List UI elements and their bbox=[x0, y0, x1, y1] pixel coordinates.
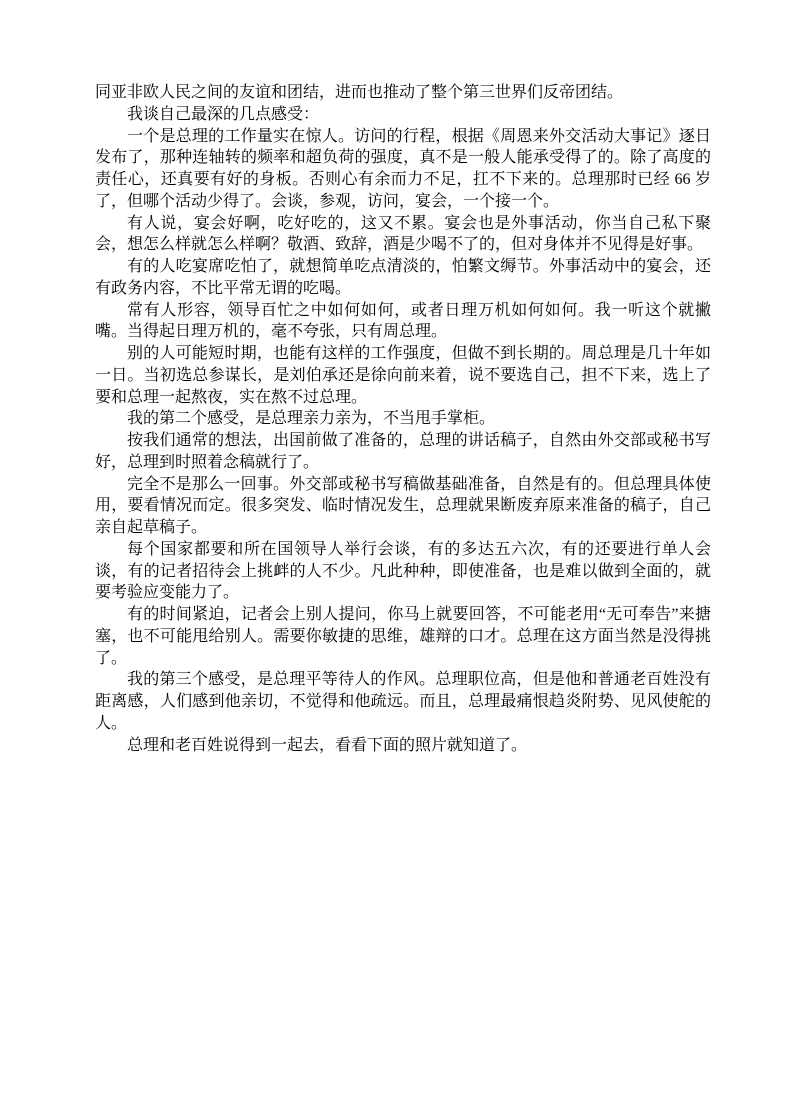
paragraph-press-questions: 有的时间紧迫，记者会上别人提问，你马上就要回答，不可能老用“无可奉告”来搪塞，也… bbox=[95, 604, 711, 669]
paragraph-third-impression: 我的第三个感受，是总理平等待人的作风。总理职位高，但是他和普通老百姓没有距离感，… bbox=[95, 669, 711, 734]
document-page: 同亚非欧人民之间的友谊和团结，进而也推动了整个第三世界们反帝团结。 我谈自己最深… bbox=[0, 0, 800, 1100]
paragraph-banquet-1: 有人说，宴会好啊，吃好吃的，这又不累。宴会也是外事活动，你当自己私下聚会，想怎么… bbox=[95, 213, 711, 257]
paragraph-busy-leader: 常有人形容，领导百忙之中如何如何，或者日理万机如何如何。我一听这个就撇嘴。当得起… bbox=[95, 300, 711, 344]
paragraph-first-impression: 一个是总理的工作量实在惊人。访问的行程，根据《周恩来外交活动大事记》逐日发布了，… bbox=[95, 126, 711, 213]
paragraph-speech-draft-1: 按我们通常的想法，出国前做了准备的，总理的讲话稿子，自然由外交部或秘书写好，总理… bbox=[95, 430, 711, 474]
paragraph-closing: 总理和老百姓说得到一起去，看看下面的照片就知道了。 bbox=[95, 735, 711, 757]
document-text-block: 同亚非欧人民之间的友谊和团结，进而也推动了整个第三世界们反帝团结。 我谈自己最深… bbox=[95, 82, 711, 756]
paragraph-banquet-2: 有的人吃宴席吃怕了，就想简单吃点清淡的，怕繁文缛节。外事活动中的宴会，还有政务内… bbox=[95, 256, 711, 300]
paragraph-speech-draft-2: 完全不是那么一回事。外交部或秘书写稿做基础准备，自然是有的。但总理具体使用，要看… bbox=[95, 474, 711, 539]
paragraph-continuation: 同亚非欧人民之间的友谊和团结，进而也推动了整个第三世界们反帝团结。 bbox=[95, 82, 711, 104]
paragraph-intro: 我谈自己最深的几点感受： bbox=[95, 104, 711, 126]
paragraph-work-intensity: 别的人可能短时期，也能有这样的工作强度，但做不到长期的。周总理是几十年如一日。当… bbox=[95, 343, 711, 408]
paragraph-second-impression: 我的第二个感受，是总理亲力亲为，不当甩手掌柜。 bbox=[95, 408, 711, 430]
paragraph-talks: 每个国家都要和所在国领导人举行会谈，有的多达五六次，有的还要进行单人会谈，有的记… bbox=[95, 539, 711, 604]
